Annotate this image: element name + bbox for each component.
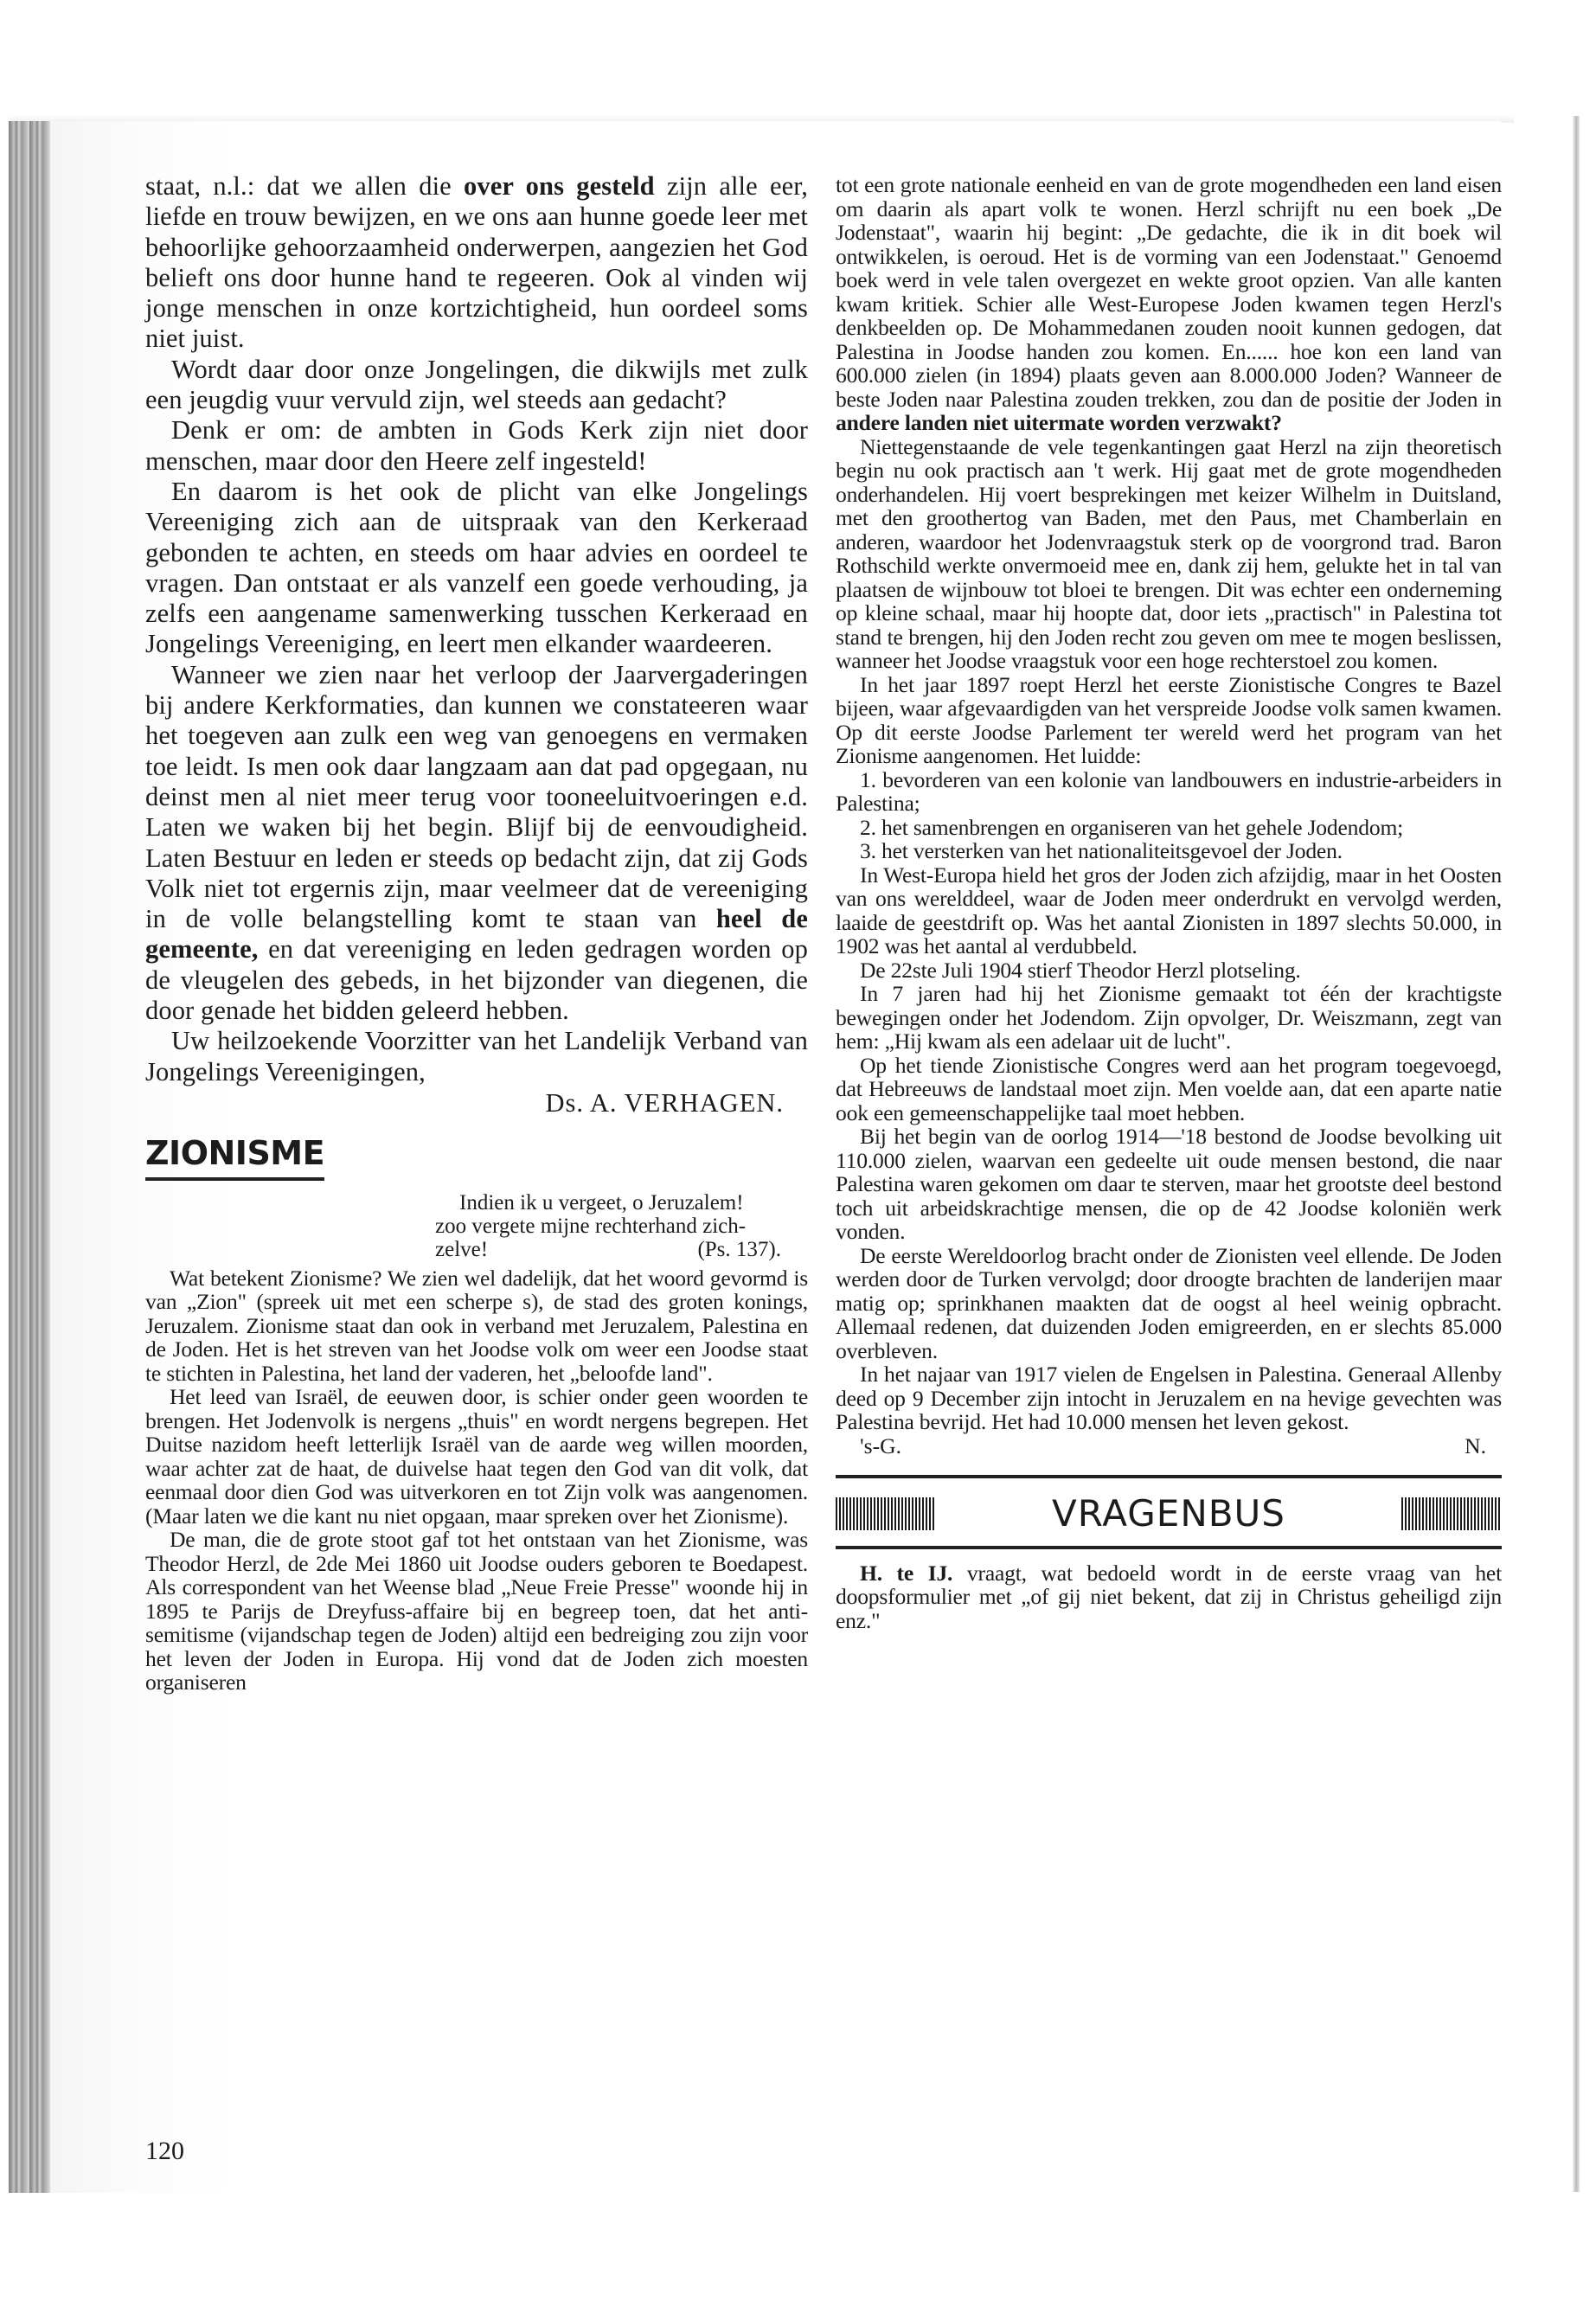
paragraph: tot een grote nationale eenheid en van d… (836, 173, 1502, 435)
paragraph: In West-Europa hield het gros der Joden … (836, 863, 1502, 958)
hatched-ornament-right (1401, 1497, 1502, 1530)
paragraph: Niettegenstaande de vele tegenkantingen … (836, 435, 1502, 673)
page-number: 120 (145, 2137, 184, 2166)
paragraph: De eerste Wereldoorlog bracht onder de Z… (836, 1244, 1502, 1363)
closing-salutation: Uw heilzoekende Voorzitter van het Lande… (145, 1026, 808, 1087)
paragraph: Bij het begin van de oorlog 1914—'18 bes… (836, 1125, 1502, 1244)
program-item: 3. het versterken van het nationaliteits… (836, 839, 1502, 863)
article-body: Wat betekent Zionisme? We zien wel dadel… (145, 1266, 808, 1695)
question-paragraph: H. te IJ. vraagt, wat bedoeld wordt in d… (836, 1561, 1502, 1633)
signoff-place: 's-G. (860, 1434, 901, 1458)
hatched-ornament-left (836, 1497, 936, 1530)
paragraph: En daarom is het ook de plicht van elke … (145, 477, 808, 660)
program-item: 2. het samenbrengen en organiseren van h… (836, 816, 1502, 840)
page-right-edge (1573, 116, 1580, 2192)
paragraph: In 7 jaren had hij het Zionisme gemaakt … (836, 982, 1502, 1054)
signoff-initial: N. (1465, 1434, 1486, 1458)
book-binding-edge (9, 121, 50, 2193)
article-heading-zionisme: ZIONISME (145, 1134, 324, 1181)
section-heading-vragenbus: VRAGENBUS (1052, 1494, 1285, 1534)
paragraph: Wanneer we zien naar het verloop der Jaa… (145, 660, 808, 1027)
paragraph: De man, die de grote stoot gaf tot het o… (145, 1528, 808, 1695)
article-signoff: 's-G. N. (836, 1434, 1502, 1458)
paragraph: Denk er om: de ambten in Gods Kerk zijn … (145, 415, 808, 477)
right-column: tot een grote nationale eenheid en van d… (836, 173, 1502, 1632)
question-author: H. te IJ. (860, 1561, 952, 1586)
paragraph: Wat betekent Zionisme? We zien wel dadel… (145, 1266, 808, 1386)
author-signature: Ds. A. VERHAGEN. (145, 1087, 808, 1118)
paragraph: staat, n.l.: dat we allen die over ons g… (145, 171, 808, 355)
bold-emphasis: over ons gesteld (464, 171, 655, 201)
epigraph: Indien ik u vergeet, o Jeruzalem! zoo ve… (435, 1191, 781, 1261)
program-item: 1. bevorderen van een kolonie van landbo… (836, 768, 1502, 816)
paragraph: Wordt daar door onze Jongelingen, die di… (145, 355, 808, 416)
paragraph: Op het tiende Zionistische Congres werd … (836, 1054, 1502, 1125)
paragraph: In het najaar van 1917 vielen de Engelse… (836, 1362, 1502, 1434)
bold-emphasis: andere landen niet uitermate worden verz… (836, 410, 1282, 435)
paragraph: De 22ste Juli 1904 stierf Theodor Herzl … (836, 958, 1502, 983)
left-column: staat, n.l.: dat we allen die over ons g… (145, 171, 808, 1695)
paragraph: Het leed van Israël, de eeuwen door, is … (145, 1385, 808, 1528)
scripture-reference: (Ps. 137). (697, 1238, 781, 1261)
vragenbus-banner: VRAGENBUS (836, 1475, 1502, 1549)
paragraph: In het jaar 1897 roept Herzl het eerste … (836, 673, 1502, 768)
